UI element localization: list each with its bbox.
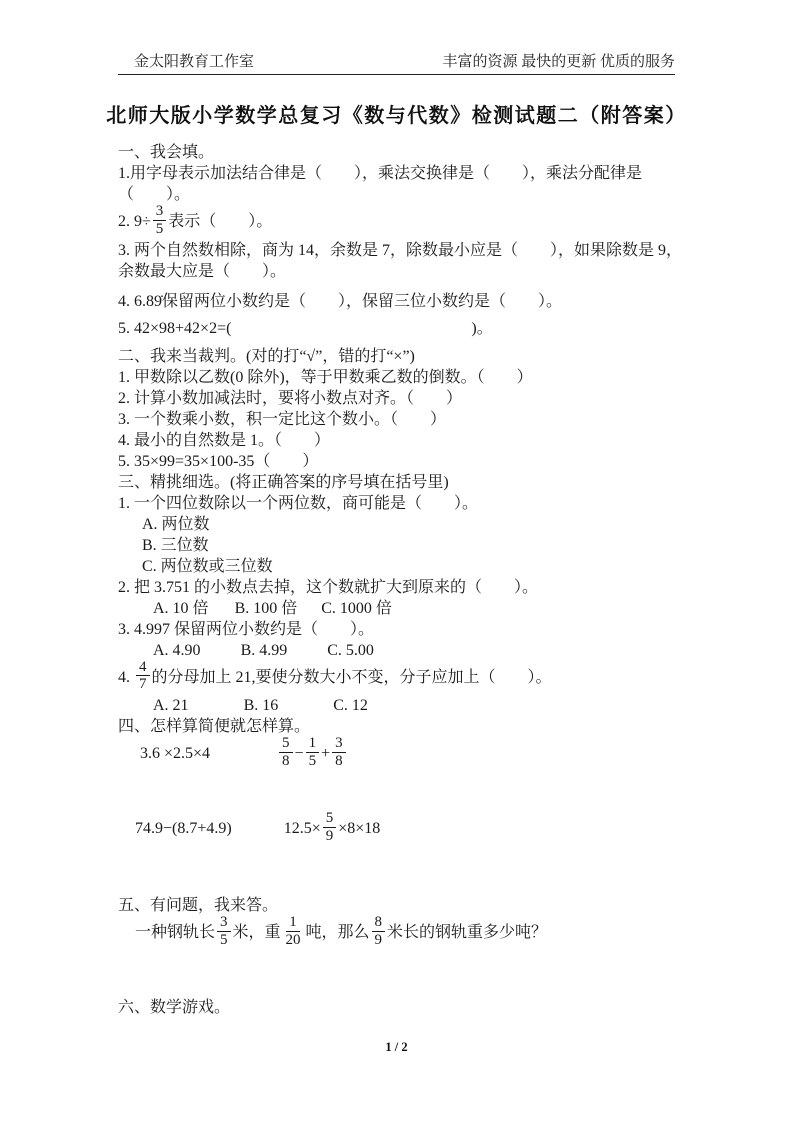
fraction-denominator: 9 bbox=[323, 828, 337, 845]
q2-1: 1. 甲数除以乙数(0 除外)，等于甲数乘乙数的倒数。（ ） bbox=[118, 367, 698, 388]
text-segment: 4. 最小的自然数是 1。（ ） bbox=[118, 432, 330, 449]
fraction: 35 bbox=[217, 914, 231, 949]
section-3-heading: 三、精挑细选。(将正确答案的序号填在括号里) bbox=[118, 472, 698, 493]
fraction-denominator: 5 bbox=[153, 221, 167, 238]
fraction-denominator: 8 bbox=[279, 753, 293, 770]
text-segment: 74.9−(8.7+4.9) bbox=[135, 820, 232, 837]
text-segment: A. 21 bbox=[153, 697, 189, 714]
fraction-numerator: 1 bbox=[286, 914, 300, 932]
text-segment: + bbox=[321, 745, 330, 762]
text-segment: 一、我会填。 bbox=[118, 144, 214, 161]
q1-5: 5. 42×98+42×2=( )。 bbox=[118, 318, 698, 339]
section-4-heading: 四、怎样算简便就怎样算。 bbox=[118, 716, 698, 737]
text-segment: 3. 两个自然数相除，商为 14，余数是 7，除数最小应是（ ），如果除数是 9… bbox=[118, 242, 682, 259]
spacer bbox=[210, 757, 277, 758]
fraction: 89 bbox=[372, 914, 386, 949]
q2-3: 3. 一个数乘小数，积一定比这个数小。（ ） bbox=[118, 409, 698, 430]
text-segment: 的分母加上 21,要使分数大小不变，分子应加上（ ）。 bbox=[152, 669, 552, 686]
text-segment: A. 10 倍 bbox=[153, 600, 209, 617]
text-segment: 五、有问题，我来答。 bbox=[118, 897, 278, 914]
text-segment: 1.用字母表示加法结合律是（ ），乘法交换律是（ ），乘法分配律是（ ）。 bbox=[118, 165, 642, 203]
q3-4: 4. 47的分母加上 21,要使分数大小不变，分子应加上（ ）。 bbox=[118, 661, 698, 696]
exam-page: 金太阳教育工作室 丰富的资源 最快的更新 优质的服务 北师大版小学数学总复习《数… bbox=[0, 0, 793, 1122]
text-segment: 吨，那么 bbox=[306, 924, 370, 941]
fraction-numerator: 3 bbox=[153, 203, 167, 221]
text-segment: 3. 4.997 保留两位小数约是（ ）。 bbox=[118, 621, 374, 638]
fraction-numerator: 5 bbox=[279, 735, 293, 753]
section-2-heading: 二、我来当裁判。(对的打“√”，错的打“×”) bbox=[118, 346, 698, 367]
q3-2: 2. 把 3.751 的小数点去掉，这个数就扩大到原来的（ ）。 bbox=[118, 577, 698, 598]
text-segment: ×8×18 bbox=[338, 820, 380, 837]
section-1-heading: 一、我会填。 bbox=[118, 142, 698, 163]
q3-1-option-a: A. 两位数 bbox=[118, 514, 698, 535]
fraction-denominator: 8 bbox=[332, 753, 346, 770]
q2-5: 5. 35×99=35×100-35（ ） bbox=[118, 451, 698, 472]
text-segment: 4. 6.89̇保留两位小数约是（ ），保留三位小数约是（ ）。 bbox=[118, 293, 562, 310]
spacer bbox=[287, 654, 327, 655]
fraction-numerator: 4 bbox=[136, 659, 150, 677]
text-segment: 二、我来当裁判。(对的打“√”，错的打“×”) bbox=[118, 348, 415, 365]
q1-2: 2. 9÷35表示（ ）。 bbox=[118, 205, 698, 240]
fraction-denominator: 20 bbox=[283, 932, 304, 949]
fraction-numerator: 5 bbox=[323, 810, 337, 828]
text-segment: 米长的钢轨重多少吨？ bbox=[387, 924, 547, 941]
q1-1: 1.用字母表示加法结合律是（ ），乘法交换律是（ ），乘法分配律是（ ）。 bbox=[118, 163, 698, 205]
fraction: 38 bbox=[332, 735, 346, 770]
text-segment: 四、怎样算简便就怎样算。 bbox=[118, 718, 310, 735]
spacer bbox=[297, 612, 321, 613]
text-segment: 3.6 ×2.5×4 bbox=[140, 745, 210, 762]
q3-2-options: A. 10 倍B. 100 倍C. 1000 倍 bbox=[118, 598, 698, 619]
text-segment: C. 5.00 bbox=[327, 642, 374, 659]
fraction: 120 bbox=[283, 914, 304, 949]
text-segment: 5. 35×99=35×100-35（ ） bbox=[118, 453, 318, 470]
spacer bbox=[189, 709, 244, 710]
text-segment: 余数最大应是（ ）。 bbox=[118, 263, 286, 280]
document-body: 一、我会填。1.用字母表示加法结合律是（ ），乘法交换律是（ ），乘法分配律是（… bbox=[118, 142, 698, 1018]
spacer bbox=[232, 832, 284, 833]
fraction-denominator: 5 bbox=[217, 932, 231, 949]
q3-4-options: A. 21B. 16C. 12 bbox=[118, 695, 698, 716]
q2-2: 2. 计算小数加减法时，要将小数点对齐。（ ） bbox=[118, 388, 698, 409]
text-segment: 2. 9÷ bbox=[118, 213, 151, 230]
spacer bbox=[209, 612, 235, 613]
fraction-denominator: 7 bbox=[136, 676, 150, 693]
q1-3-line1: 3. 两个自然数相除，商为 14，余数是 7，除数最小应是（ ），如果除数是 9… bbox=[118, 240, 698, 261]
q3-1: 1. 一个四位数除以一个两位数，商可能是（ ）。 bbox=[118, 493, 698, 514]
fraction: 58 bbox=[279, 735, 293, 770]
text-segment: 5. 42×98+42×2=( )。 bbox=[118, 320, 493, 337]
page-title: 北师大版小学数学总复习《数与代数》检测试题二（附答案） bbox=[0, 99, 793, 128]
spacer bbox=[278, 709, 333, 710]
fraction: 59 bbox=[323, 810, 337, 845]
q3-1-option-c: C. 两位数或三位数 bbox=[118, 556, 698, 577]
fraction: 47 bbox=[136, 659, 150, 694]
header-right-text: 丰富的资源 最快的更新 优质的服务 bbox=[442, 50, 675, 71]
fraction-numerator: 8 bbox=[372, 914, 386, 932]
text-segment: B. 三位数 bbox=[142, 537, 209, 554]
text-segment: A. 两位数 bbox=[142, 516, 210, 533]
header: 金太阳教育工作室 丰富的资源 最快的更新 优质的服务 bbox=[118, 50, 675, 75]
text-segment: C. 两位数或三位数 bbox=[142, 558, 273, 575]
header-left-text: 金太阳教育工作室 bbox=[118, 50, 254, 71]
spacer bbox=[201, 654, 241, 655]
q2-4: 4. 最小的自然数是 1。（ ） bbox=[118, 430, 698, 451]
fraction-denominator: 9 bbox=[372, 932, 386, 949]
q3-1-option-b: B. 三位数 bbox=[118, 535, 698, 556]
fraction-numerator: 1 bbox=[306, 735, 320, 753]
text-segment: 2. 计算小数加减法时，要将小数点对齐。（ ） bbox=[118, 390, 462, 407]
text-segment: B. 100 倍 bbox=[235, 600, 298, 617]
text-segment: 4. bbox=[118, 669, 134, 686]
q1-3-line2: 余数最大应是（ ）。 bbox=[118, 261, 698, 282]
q4-row1: 3.6 ×2.5×458−15+38 bbox=[118, 737, 698, 772]
page-number: 1 / 2 bbox=[0, 1040, 793, 1055]
text-segment: 1. 甲数除以乙数(0 除外)，等于甲数乘乙数的倒数。（ ） bbox=[118, 369, 533, 386]
q3-3-options: A. 4.90B. 4.99C. 5.00 bbox=[118, 640, 698, 661]
fraction-numerator: 3 bbox=[332, 735, 346, 753]
text-segment: 3. 一个数乘小数，积一定比这个数小。（ ） bbox=[118, 411, 446, 428]
text-segment: 表示（ ）。 bbox=[168, 213, 272, 230]
text-segment: 六、数学游戏。 bbox=[118, 999, 230, 1016]
text-segment: B. 4.99 bbox=[241, 642, 288, 659]
text-segment: 2. 把 3.751 的小数点去掉，这个数就扩大到原来的（ ）。 bbox=[118, 579, 538, 596]
text-segment: C. 12 bbox=[333, 697, 368, 714]
fraction: 15 bbox=[306, 735, 320, 770]
text-segment: 1. 一个四位数除以一个两位数，商可能是（ ）。 bbox=[118, 495, 478, 512]
text-segment: A. 4.90 bbox=[153, 642, 201, 659]
q3-3: 3. 4.997 保留两位小数约是（ ）。 bbox=[118, 619, 698, 640]
text-segment: 12.5× bbox=[284, 820, 321, 837]
fraction-numerator: 3 bbox=[217, 914, 231, 932]
text-segment: 一种钢轨长 bbox=[135, 924, 215, 941]
text-segment: C. 1000 倍 bbox=[321, 600, 392, 617]
text-segment: B. 16 bbox=[244, 697, 279, 714]
fraction-denominator: 5 bbox=[306, 753, 320, 770]
text-segment: − bbox=[295, 745, 304, 762]
section-6-heading: 六、数学游戏。 bbox=[118, 997, 698, 1018]
text-segment: 米，重 bbox=[233, 924, 281, 941]
fraction: 35 bbox=[153, 203, 167, 238]
section-5-heading: 五、有问题，我来答。 bbox=[118, 895, 698, 916]
q1-4: 4. 6.89̇保留两位小数约是（ ），保留三位小数约是（ ）。 bbox=[118, 291, 698, 312]
text-segment: 三、精挑细选。(将正确答案的序号填在括号里) bbox=[118, 474, 449, 491]
q5-problem: 一种钢轨长35米，重120吨，那么89米长的钢轨重多少吨？ bbox=[118, 916, 698, 951]
q4-row2: 74.9−(8.7+4.9)12.5×59×8×18 bbox=[118, 812, 698, 847]
